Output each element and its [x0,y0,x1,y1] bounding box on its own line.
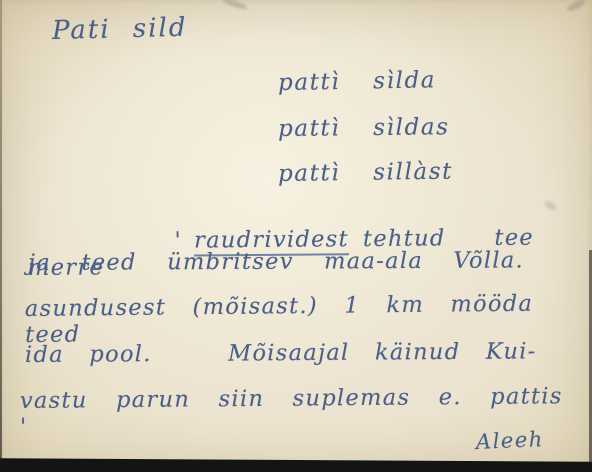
manuscript-card: Pati sild pattì sìlda pattì sìldas pattì… [0,0,592,472]
dialect-form: pattì sillàst [278,159,453,187]
collector-signature: Aleeh [475,427,544,454]
title-heading: Pati sild [52,13,188,46]
handwriting-line: ida pool. Mõisaajal käinud Kui- [25,338,537,368]
dialect-form: pattì sìldas [278,114,450,142]
handwriting-line: ja teed ümbritsev maa-ala Võlla. [28,247,524,276]
pencil-smudge [222,0,249,11]
pencil-smudge [566,0,587,13]
dialect-form: pattì sìlda [278,67,437,96]
scan-edge-bottom [0,458,592,472]
scan-edge-left [0,0,2,472]
